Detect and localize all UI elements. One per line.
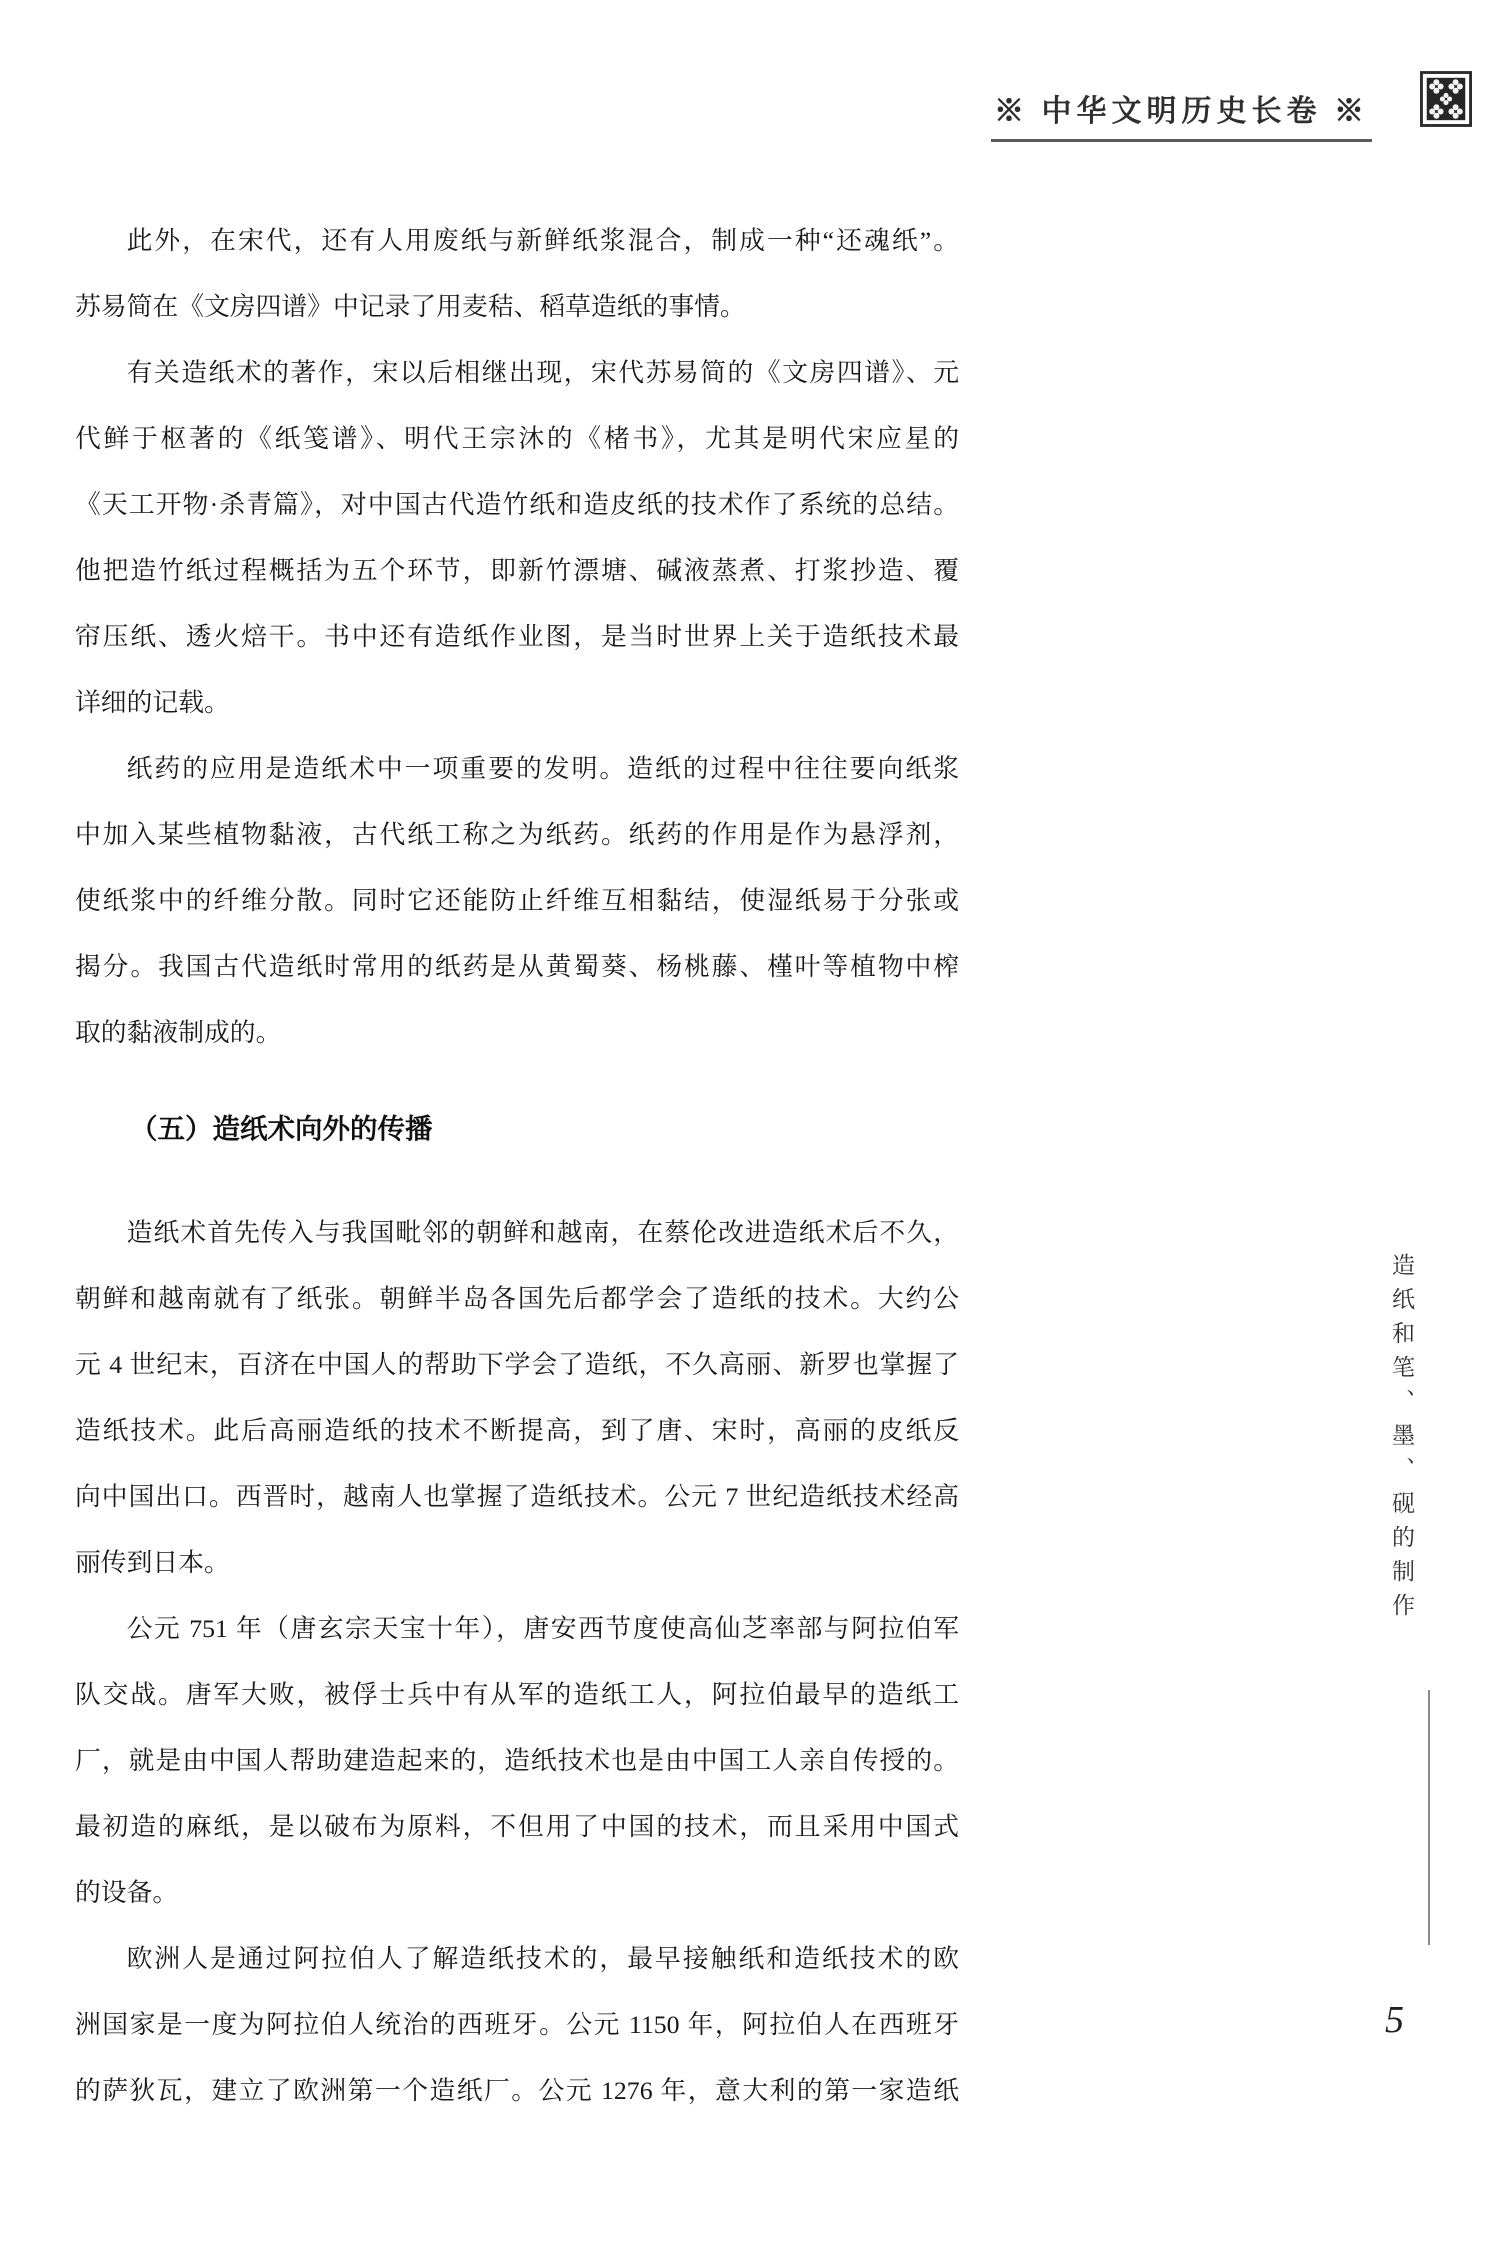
text-line: 的设备。 <box>75 1860 959 1926</box>
text-line: 丽传到日本。 <box>75 1530 959 1596</box>
floral-ornament-icon <box>1420 70 1472 128</box>
text-line: 中加入某些植物黏液，古代纸工称之为纸药。纸药的作用是作为悬浮剂， <box>75 802 959 868</box>
text-line: 造纸术首先传入与我国毗邻的朝鲜和越南，在蔡伦改进造纸术后不久， <box>75 1200 959 1266</box>
book-page: ※ 中华文明历史长卷 ※ 此外，在宋代，还有人用废纸与新鲜纸浆混合，制成一种“还… <box>0 0 1500 2256</box>
text-line: 代鲜于枢著的《纸笺谱》、明代王宗沐的《楮书》，尤其是明代宋应星的 <box>75 406 959 472</box>
text-line: 有关造纸术的著作，宋以后相继出现，宋代苏易简的《文房四谱》、元 <box>75 340 959 406</box>
text-line: 取的黏液制成的。 <box>75 1000 959 1066</box>
text-line: 详细的记载。 <box>75 670 959 736</box>
text-line: 《天工开物·杀青篇》，对中国古代造竹纸和造皮纸的技术作了系统的总结。 <box>75 472 959 538</box>
text-line: 厂，就是由中国人帮助建造起来的，造纸技术也是由中国工人亲自传授的。 <box>75 1728 959 1794</box>
text-line: 造纸技术。此后高丽造纸的技术不断提高，到了唐、宋时，高丽的皮纸反 <box>75 1398 959 1464</box>
text-line: 向中国出口。西晋时，越南人也掌握了造纸技术。公元 7 世纪造纸技术经高 <box>75 1464 959 1530</box>
text-line: 洲国家是一度为阿拉伯人统治的西班牙。公元 1150 年，阿拉伯人在西班牙 <box>75 1992 959 2058</box>
text-line: 最初造的麻纸，是以破布为原料，不但用了中国的技术，而且采用中国式 <box>75 1794 959 1860</box>
text-column: 此外，在宋代，还有人用废纸与新鲜纸浆混合，制成一种“还魂纸”。 苏易简在《文房四… <box>75 208 959 2124</box>
text-line: 苏易简在《文房四谱》中记录了用麦秸、稻草造纸的事情。 <box>75 274 959 340</box>
text-line: 帘压纸、透火焙干。书中还有造纸作业图，是当时世界上关于造纸技术最 <box>75 604 959 670</box>
text-line: 揭分。我国古代造纸时常用的纸药是从黄蜀葵、杨桃藤、槿叶等植物中榨 <box>75 934 959 1000</box>
running-head-title: ※ 中华文明历史长卷 ※ <box>991 86 1372 142</box>
page-number: 5 <box>1385 1998 1404 2042</box>
section-heading: （五）造纸术向外的传播 <box>75 1096 959 1162</box>
text-line: 他把造竹纸过程概括为五个环节，即新竹漂塘、碱液蒸煮、打浆抄造、覆 <box>75 538 959 604</box>
margin-vertical-title: 造纸和笔、墨、砚的制作 <box>1385 1253 1418 1627</box>
text-line: 欧洲人是通过阿拉伯人了解造纸技术的，最早接触纸和造纸技术的欧 <box>75 1926 959 1992</box>
text-line: 此外，在宋代，还有人用废纸与新鲜纸浆混合，制成一种“还魂纸”。 <box>75 208 959 274</box>
text-line: 使纸浆中的纤维分散。同时它还能防止纤维互相黏结，使湿纸易于分张或 <box>75 868 959 934</box>
text-line: 纸药的应用是造纸术中一项重要的发明。造纸的过程中往往要向纸浆 <box>75 736 959 802</box>
text-line: 公元 751 年（唐玄宗天宝十年），唐安西节度使高仙芝率部与阿拉伯军 <box>75 1596 959 1662</box>
text-line: 的萨狄瓦，建立了欧洲第一个造纸厂。公元 1276 年，意大利的第一家造纸 <box>75 2058 959 2124</box>
text-line: 朝鲜和越南就有了纸张。朝鲜半岛各国先后都学会了造纸的技术。大约公 <box>75 1266 959 1332</box>
margin-rule-divider <box>1428 1690 1430 1945</box>
text-line: 队交战。唐军大败，被俘士兵中有从军的造纸工人，阿拉伯最早的造纸工 <box>75 1662 959 1728</box>
text-line: 元 4 世纪末，百济在中国人的帮助下学会了造纸，不久高丽、新罗也掌握了 <box>75 1332 959 1398</box>
